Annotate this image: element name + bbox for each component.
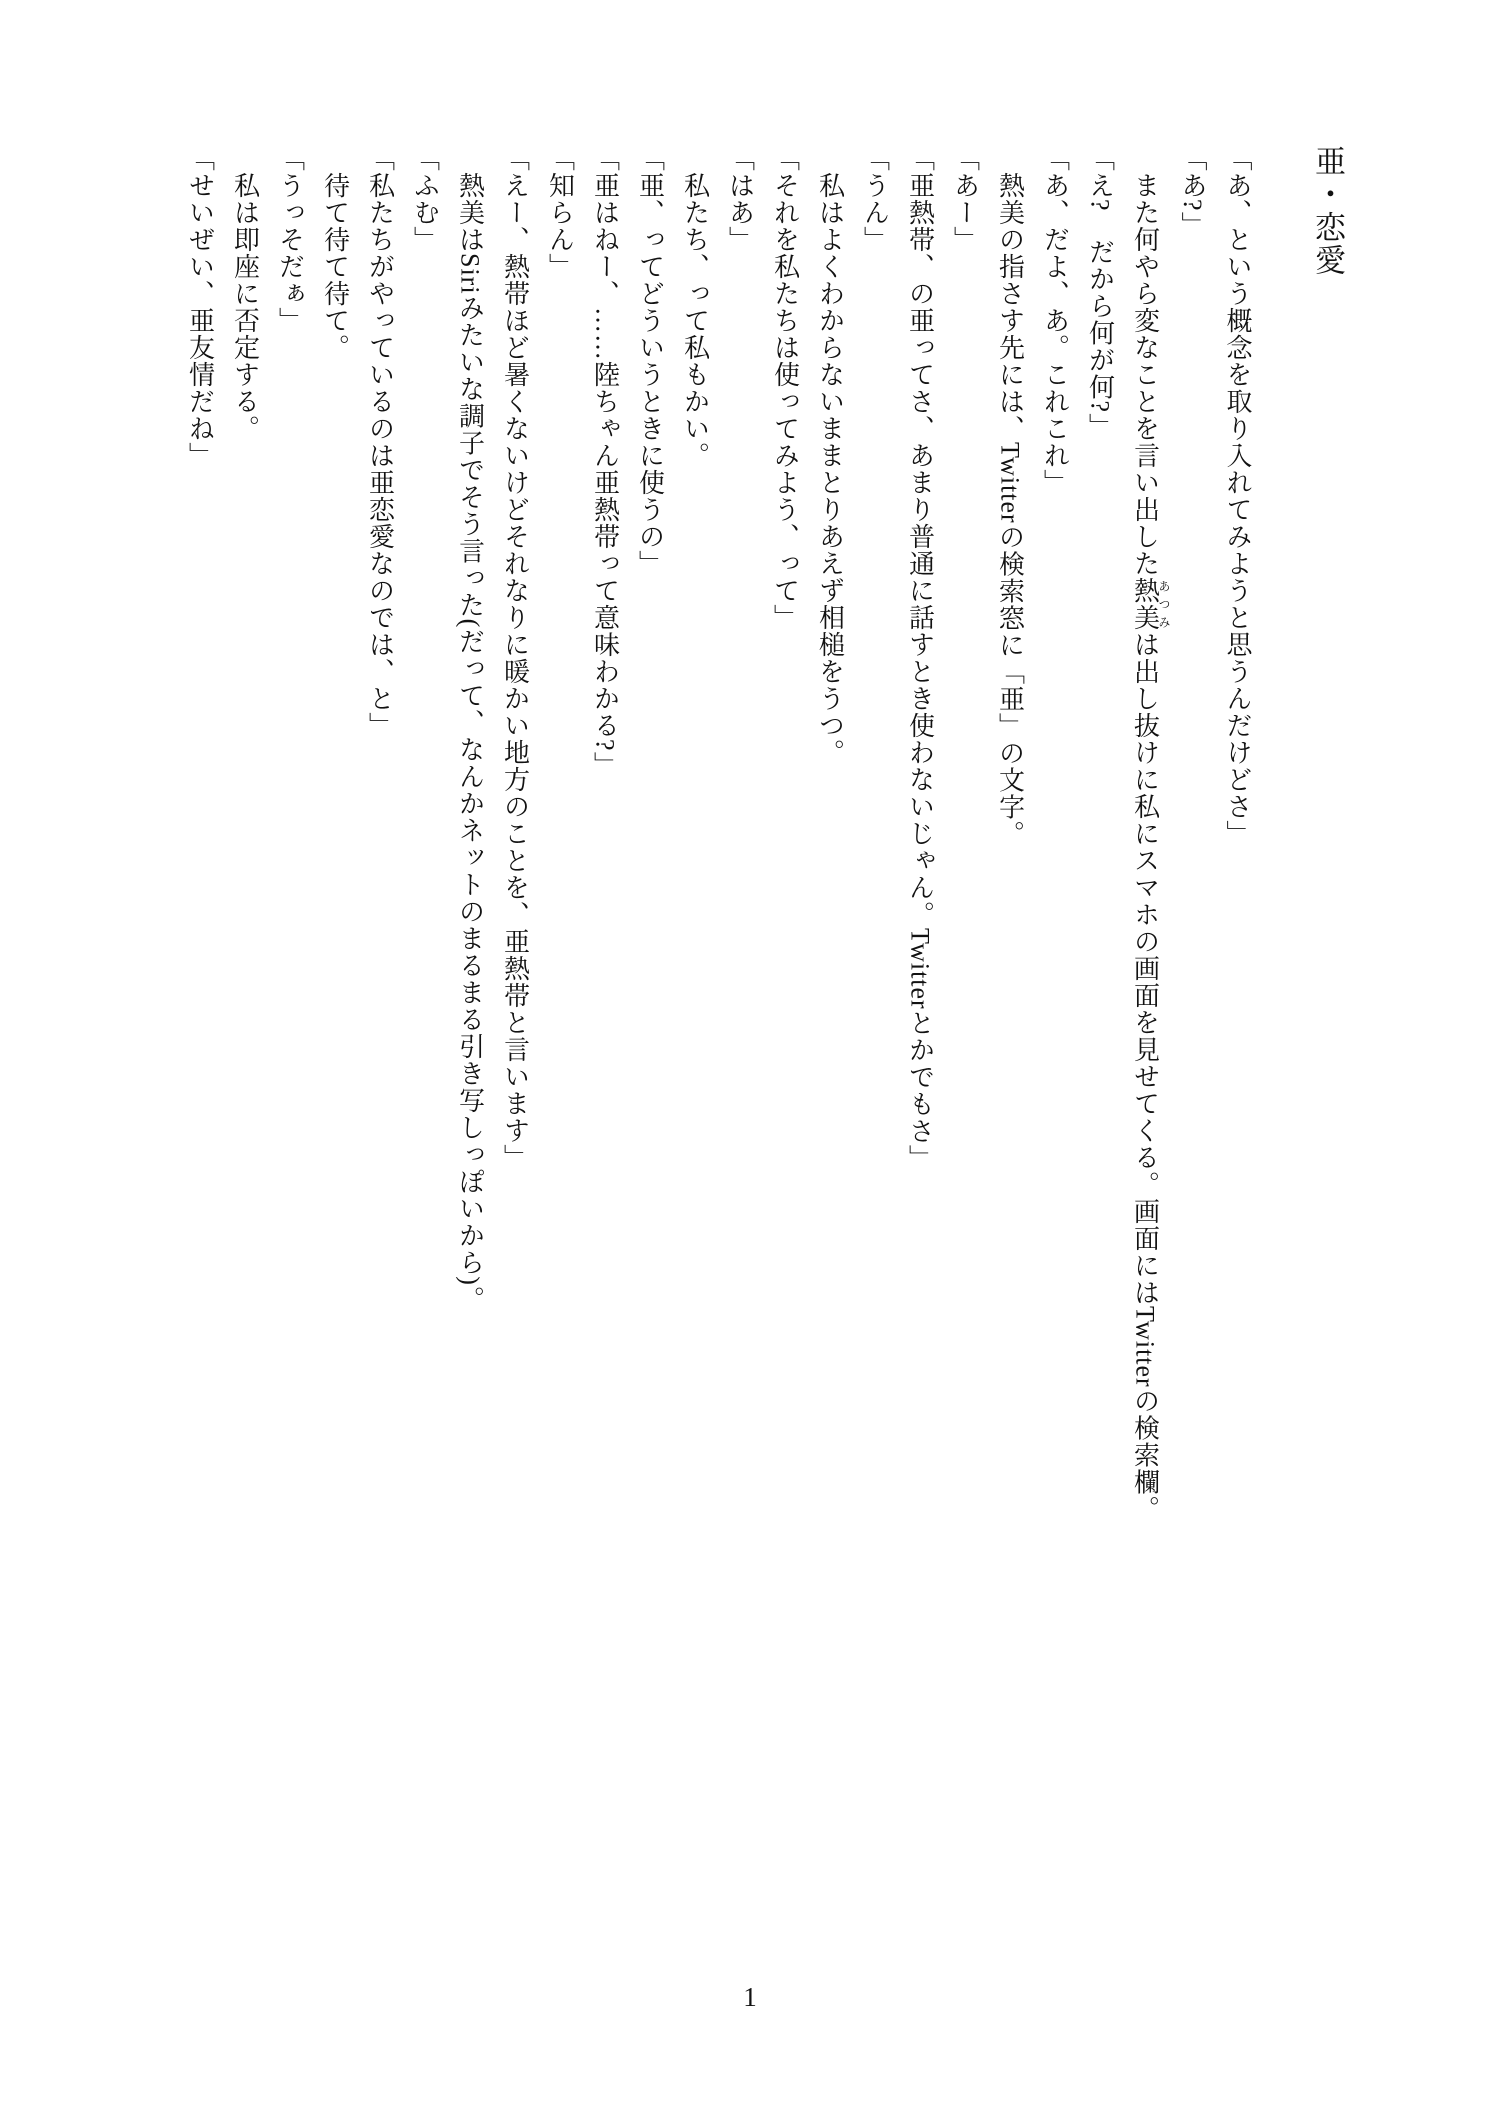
dialogue-paragraph: 「亜はねー、……陸ちゃん亜熱帯って意味わかる?」 bbox=[583, 145, 628, 1575]
dialogue-paragraph: 「ふむ」 bbox=[403, 145, 448, 1575]
dialogue-paragraph: 「え? だから何が何?」 bbox=[1078, 145, 1123, 1575]
dialogue-paragraph: 「知らん」 bbox=[538, 145, 583, 1575]
dialogue-paragraph: 「はあ」 bbox=[718, 145, 763, 1575]
dialogue-paragraph: 「えー、熱帯ほど暑くないけどそれなりに暖かい地方のことを、亜熱帯と言います」 bbox=[493, 145, 538, 1575]
narration-paragraph: 私はよくわからないままとりあえず相槌をうつ。 bbox=[808, 145, 853, 1575]
dialogue-paragraph: 「あ、だよ、あ。これこれ」 bbox=[1033, 145, 1078, 1575]
dialogue-paragraph: 「亜、ってどういうときに使うの」 bbox=[628, 145, 673, 1575]
dialogue-paragraph: 「それを私たちは使ってみよう、って」 bbox=[763, 145, 808, 1575]
story-title: 亜・恋愛 bbox=[1304, 145, 1350, 1575]
dialogue-paragraph: 「あ、という概念を取り入れてみようと思うんだけどさ」 bbox=[1215, 145, 1260, 1575]
narration-paragraph: 私は即座に否定する。 bbox=[223, 145, 268, 1575]
narration-paragraph: 私たち、って私もかい。 bbox=[673, 145, 718, 1575]
ruby-annotated-name: 熱美あつみ bbox=[1131, 577, 1160, 631]
dialogue-paragraph: 「私たちがやっているのは亜恋愛なのでは、と」 bbox=[358, 145, 403, 1575]
text-body: 亜・恋愛 「あ、という概念を取り入れてみようと思うんだけどさ」「あ?」また何やら… bbox=[178, 145, 1351, 1575]
dialogue-paragraph: 「あー」 bbox=[943, 145, 988, 1575]
dialogue-paragraph: 「せいぜい、亜友情だね」 bbox=[178, 145, 223, 1575]
page-number: 1 bbox=[0, 1982, 1500, 2013]
dialogue-paragraph: 「あ?」 bbox=[1170, 145, 1215, 1575]
narration-paragraph: 待て待て待て。 bbox=[313, 145, 358, 1575]
page-sheet: 亜・恋愛 「あ、という概念を取り入れてみようと思うんだけどさ」「あ?」また何やら… bbox=[0, 0, 1500, 2117]
narration-paragraph: また何やら変なことを言い出した熱美あつみは出し抜けに私にスマホの画面を見せてくる… bbox=[1123, 145, 1171, 1575]
dialogue-paragraph: 「うっそだぁ」 bbox=[268, 145, 313, 1575]
dialogue-paragraph: 「亜熱帯、の亜ってさ、あまり普通に話すとき使わないじゃん。Twitterとかでも… bbox=[898, 145, 943, 1575]
narration-paragraph: 熱美の指さす先には、Twitterの検索窓に「亜」の文字。 bbox=[988, 145, 1033, 1575]
narration-paragraph: 熱美はSiriみたいな調子でそう言った(だって、なんかネットのまるまる引き写しっ… bbox=[448, 145, 493, 1575]
dialogue-paragraph: 「うん」 bbox=[853, 145, 898, 1575]
